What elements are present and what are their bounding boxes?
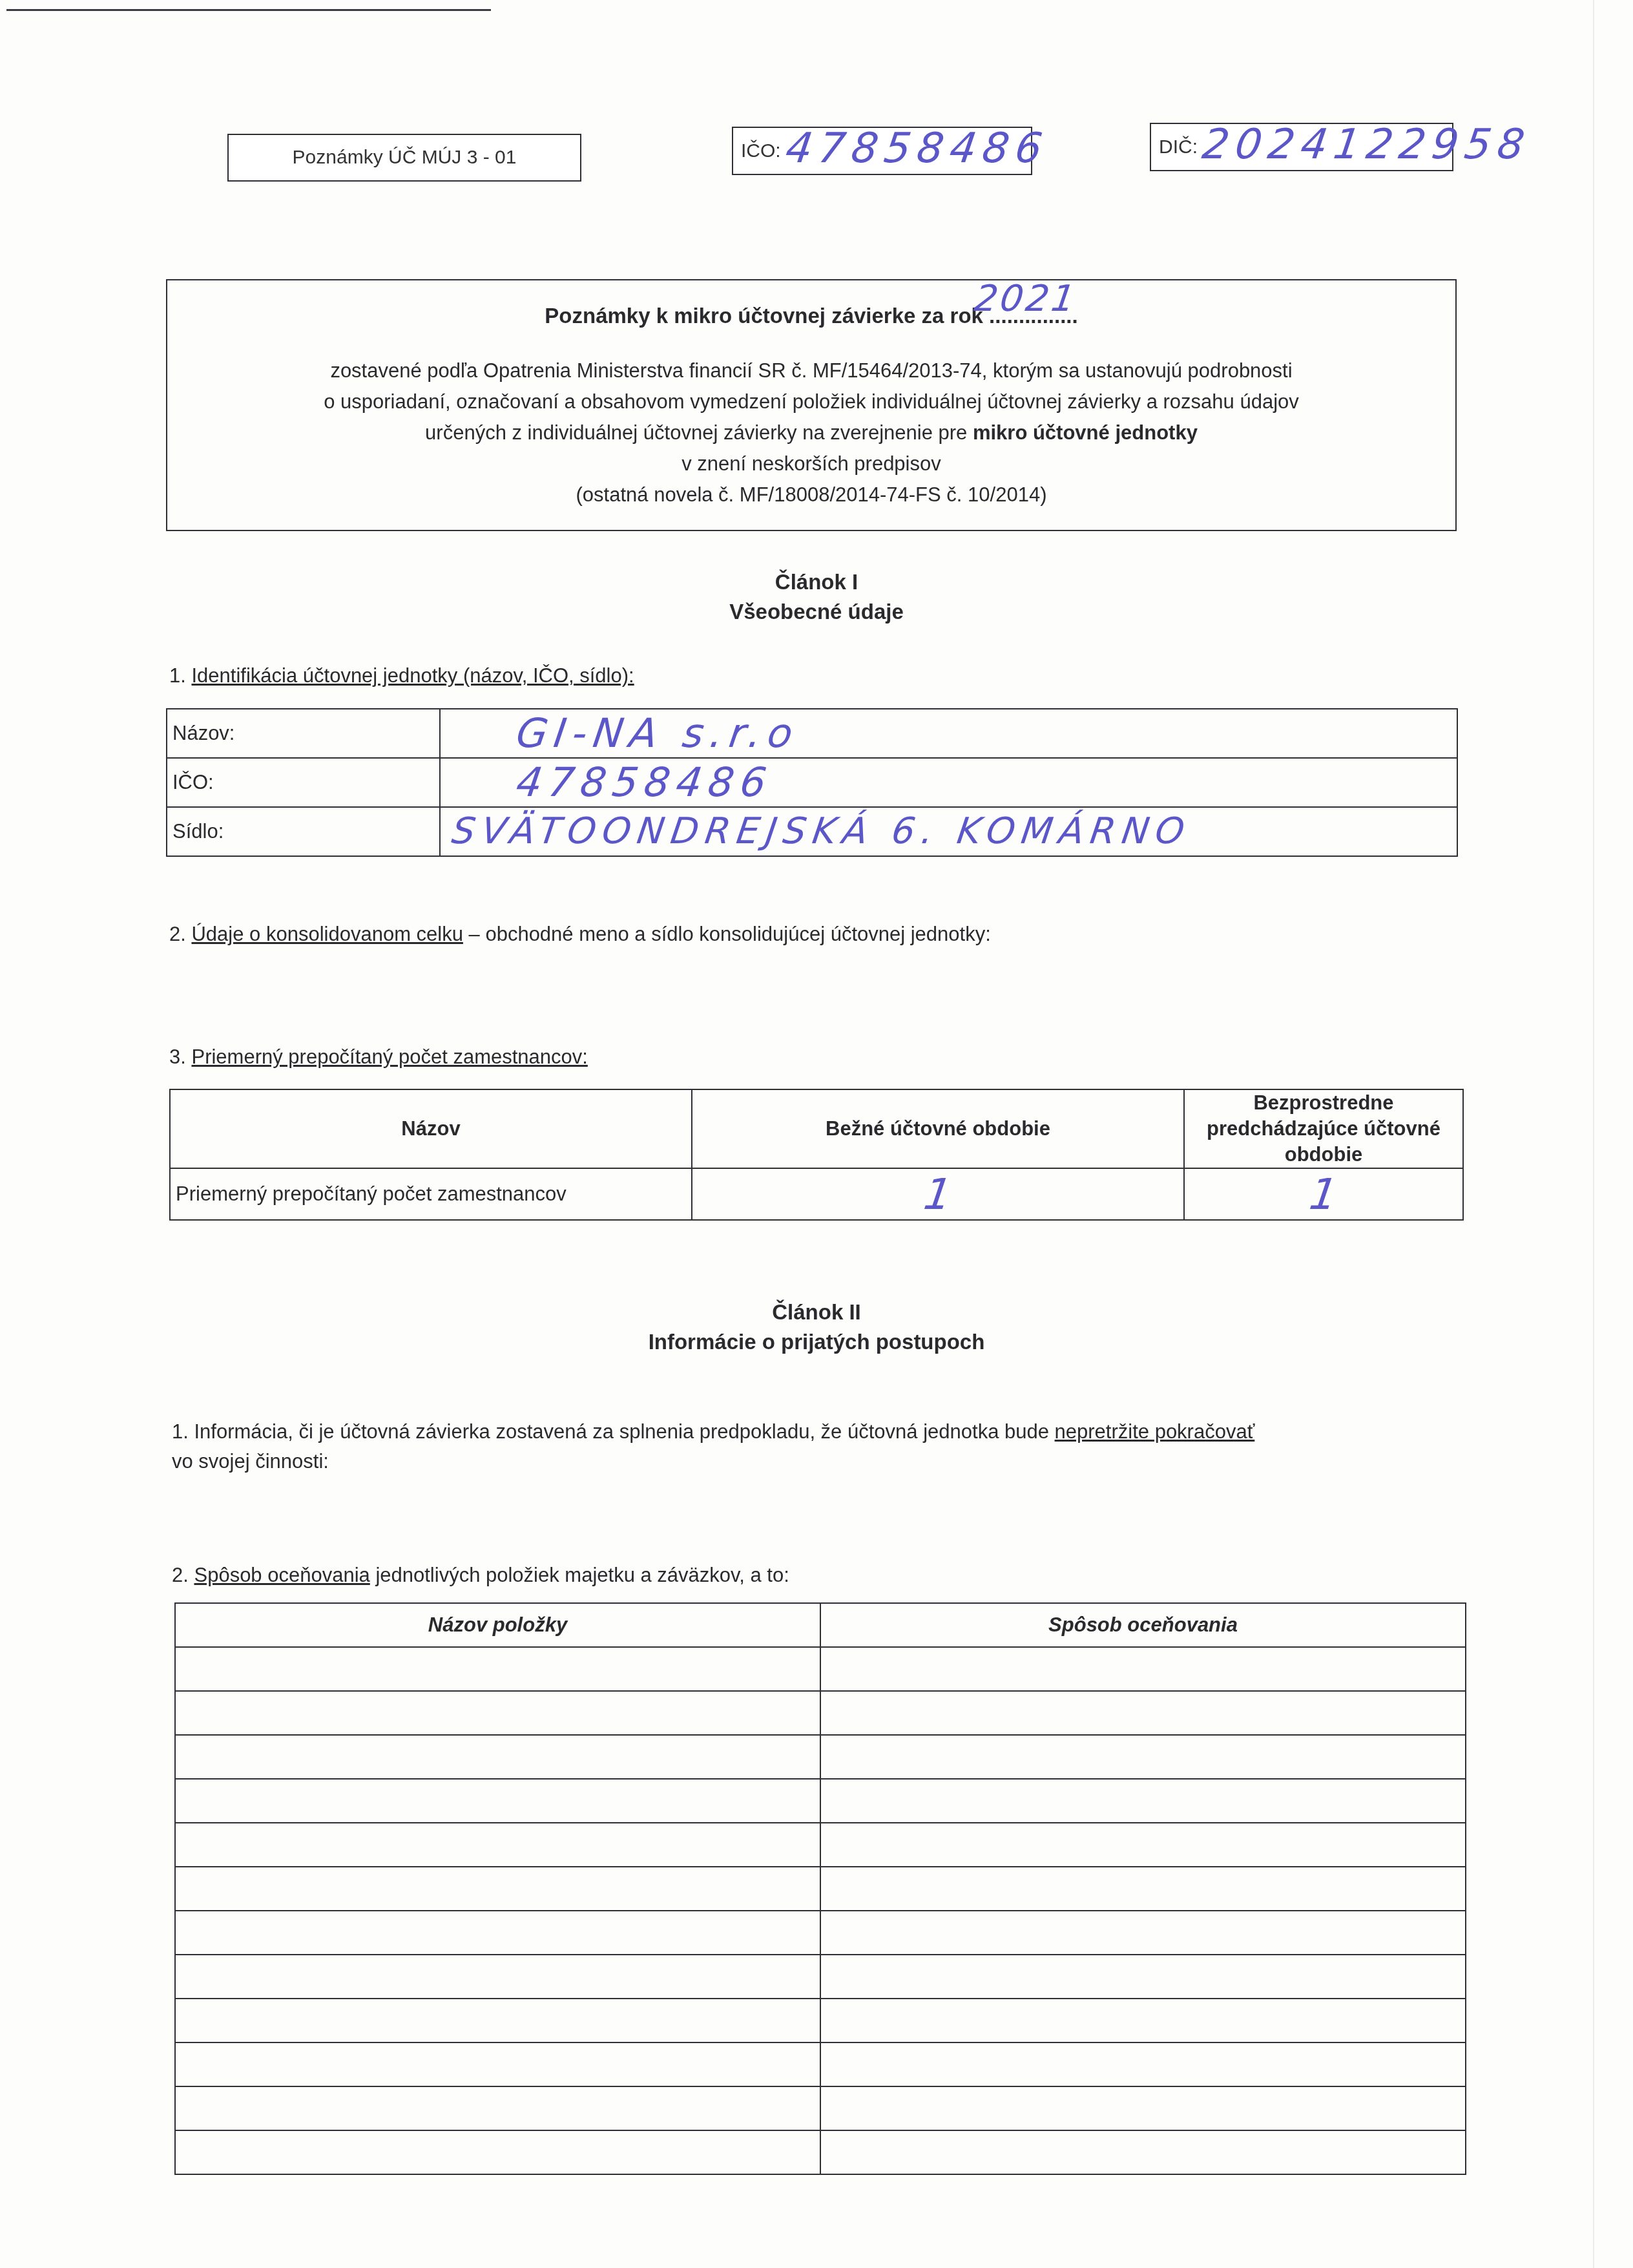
valuation-method-cell[interactable] <box>820 1779 1466 1823</box>
table-row: Sídlo: SVÄTOONDREJSKÁ 6. KOMÁRNO <box>167 807 1457 856</box>
section-1-3-heading: 3. Priemerný prepočítaný počet zamestnan… <box>169 1045 588 1069</box>
item-name-cell[interactable] <box>175 1647 820 1691</box>
ico-row-value[interactable]: 47858486 <box>514 762 775 803</box>
seat-field[interactable]: SVÄTOONDREJSKÁ 6. KOMÁRNO <box>440 807 1457 856</box>
item-name-cell[interactable] <box>175 1999 820 2042</box>
dic-value[interactable]: 2024122958 <box>1200 124 1534 165</box>
article-2-title: Článok II <box>0 1300 1633 1325</box>
legal-line-4: v znení neskorších predpisov <box>167 448 1455 479</box>
valuation-method-cell[interactable] <box>820 1647 1466 1691</box>
article-1-subtitle: Všeobecné údaje <box>0 600 1633 624</box>
legal-line-3: určených z individuálnej účtovnej závier… <box>167 417 1455 448</box>
table-row <box>175 1955 1466 1999</box>
valuation-method-cell[interactable] <box>820 1867 1466 1911</box>
section-number: 2. <box>169 923 191 945</box>
current-period-field[interactable]: 1 <box>692 1168 1184 1220</box>
item-name-cell[interactable] <box>175 1911 820 1955</box>
previous-period-field[interactable]: 1 <box>1184 1168 1463 1220</box>
section-label: Údaje o konsolidovanom celku <box>191 923 463 945</box>
item-name-cell[interactable] <box>175 1735 820 1779</box>
section-1-1-heading: 1. Identifikácia účtovnej jednotky (názo… <box>169 664 634 688</box>
section-text: jednotlivých položiek majetku a záväzkov… <box>370 1564 789 1586</box>
document-title: Poznámky k mikro účtovnej závierke za ro… <box>167 304 1455 328</box>
section-underlined: nepretržite pokračovať <box>1055 1420 1255 1443</box>
valuation-table: Názov položky Spôsob oceňovania <box>174 1602 1466 2175</box>
item-name-cell[interactable] <box>175 1955 820 1999</box>
col-header-current-period: Bežné účtovné obdobie <box>692 1089 1184 1168</box>
section-label: Priemerný prepočítaný počet zamestnancov… <box>191 1045 587 1068</box>
section-label: Identifikácia účtovnej jednotky (názov, … <box>191 664 634 687</box>
scan-edge-line <box>6 9 491 11</box>
article-1-title: Článok I <box>0 570 1633 594</box>
item-name-cell[interactable] <box>175 1691 820 1735</box>
table-row <box>175 1911 1466 1955</box>
section-2-2-heading: 2. Spôsob oceňovania jednotlivých položi… <box>172 1564 789 1587</box>
table-row: Názov: GI-NA s.r.o <box>167 709 1457 758</box>
document-title-box: Poznámky k mikro účtovnej závierke za ro… <box>166 279 1457 531</box>
table-row <box>175 1647 1466 1691</box>
form-code: Poznámky ÚČ MÚJ 3 - 01 <box>293 147 517 169</box>
valuation-method-cell[interactable] <box>820 1691 1466 1735</box>
section-number: 3. <box>169 1045 191 1068</box>
col-header-previous-period: Bezprostredne predchádzajúce účtovné obd… <box>1184 1089 1463 1168</box>
table-row <box>175 1691 1466 1735</box>
item-name-cell[interactable] <box>175 2086 820 2130</box>
ico-field[interactable]: 47858486 <box>440 758 1457 807</box>
name-value[interactable]: GI-NA s.r.o <box>514 713 802 753</box>
ico-row-label: IČO: <box>167 758 440 807</box>
section-1-2-heading: 2. Údaje o konsolidovanom celku – obchod… <box>169 923 991 946</box>
section-number: 1. <box>169 664 191 687</box>
valuation-method-cell[interactable] <box>820 1999 1466 2042</box>
seat-value[interactable]: SVÄTOONDREJSKÁ 6. KOMÁRNO <box>450 814 1193 850</box>
dic-box[interactable]: DIČ: 2024122958 <box>1150 123 1453 171</box>
valuation-method-cell[interactable] <box>820 1911 1466 1955</box>
item-name-cell[interactable] <box>175 2042 820 2086</box>
item-name-cell[interactable] <box>175 2130 820 2174</box>
table-row: Priemerný prepočítaný počet zamestnancov… <box>170 1168 1463 1220</box>
ico-label: IČO: <box>741 140 781 162</box>
legal-basis-text: zostavené podľa Opatrenia Ministerstva f… <box>167 355 1455 510</box>
table-row <box>175 2042 1466 2086</box>
valuation-method-cell[interactable] <box>820 1955 1466 1999</box>
table-row <box>175 2086 1466 2130</box>
dic-label: DIČ: <box>1159 136 1198 158</box>
section-2-1-heading: 1. Informácia, či je účtovná závierka zo… <box>172 1420 1470 1444</box>
table-row <box>175 1735 1466 1779</box>
legal-line-3-bold: mikro účtovné jednotky <box>973 421 1198 444</box>
section-2-1-heading-cont: vo svojej činnosti: <box>172 1450 329 1473</box>
section-number: 2. <box>172 1564 194 1586</box>
table-row <box>175 1999 1466 2042</box>
valuation-method-cell[interactable] <box>820 2130 1466 2174</box>
table-row: IČO: 47858486 <box>167 758 1457 807</box>
previous-period-value[interactable]: 1 <box>1307 1170 1341 1219</box>
ico-box[interactable]: IČO: 47858486 <box>732 127 1032 175</box>
section-label: Spôsob oceňovania <box>194 1564 369 1586</box>
table-row <box>175 1867 1466 1911</box>
valuation-method-cell[interactable] <box>820 2086 1466 2130</box>
name-field[interactable]: GI-NA s.r.o <box>440 709 1457 758</box>
item-name-cell[interactable] <box>175 1779 820 1823</box>
col-header-item-name: Názov položky <box>175 1603 820 1647</box>
item-name-cell[interactable] <box>175 1823 820 1867</box>
section-text: – obchodné meno a sídlo konsolidujúcej ú… <box>463 923 991 945</box>
valuation-method-cell[interactable] <box>820 1823 1466 1867</box>
seat-label: Sídlo: <box>167 807 440 856</box>
table-row <box>175 2130 1466 2174</box>
table-header-row: Názov položky Spôsob oceňovania <box>175 1603 1466 1647</box>
legal-line-5: (ostatná novela č. MF/18008/2014-74-FS č… <box>167 479 1455 510</box>
row-label: Priemerný prepočítaný počet zamestnancov <box>170 1168 692 1220</box>
valuation-method-cell[interactable] <box>820 1735 1466 1779</box>
form-code-box: Poznámky ÚČ MÚJ 3 - 01 <box>227 134 581 182</box>
valuation-method-cell[interactable] <box>820 2042 1466 2086</box>
item-name-cell[interactable] <box>175 1867 820 1911</box>
table-row <box>175 1779 1466 1823</box>
col-header-valuation-method: Spôsob oceňovania <box>820 1603 1466 1647</box>
section-text: 1. Informácia, či je účtovná závierka zo… <box>172 1420 1055 1443</box>
name-label: Názov: <box>167 709 440 758</box>
article-2-subtitle: Informácie o prijatých postupoch <box>0 1330 1633 1354</box>
ico-value[interactable]: 47858486 <box>783 128 1051 169</box>
legal-line-1: zostavené podľa Opatrenia Ministerstva f… <box>167 355 1455 386</box>
employees-table: Názov Bežné účtovné obdobie Bezprostredn… <box>169 1089 1464 1221</box>
title-year[interactable]: 2021 <box>972 278 1080 320</box>
paper-edge <box>1593 0 1594 2268</box>
table-header-row: Názov Bežné účtovné obdobie Bezprostredn… <box>170 1089 1463 1168</box>
legal-line-2: o usporiadaní, označovaní a obsahovom vy… <box>167 386 1455 417</box>
table-row <box>175 1823 1466 1867</box>
col-header-name: Názov <box>170 1089 692 1168</box>
legal-line-3-text: určených z individuálnej účtovnej závier… <box>425 421 973 444</box>
current-period-value[interactable]: 1 <box>921 1170 955 1219</box>
identification-table: Názov: GI-NA s.r.o IČO: 47858486 Sídlo: … <box>166 708 1458 857</box>
